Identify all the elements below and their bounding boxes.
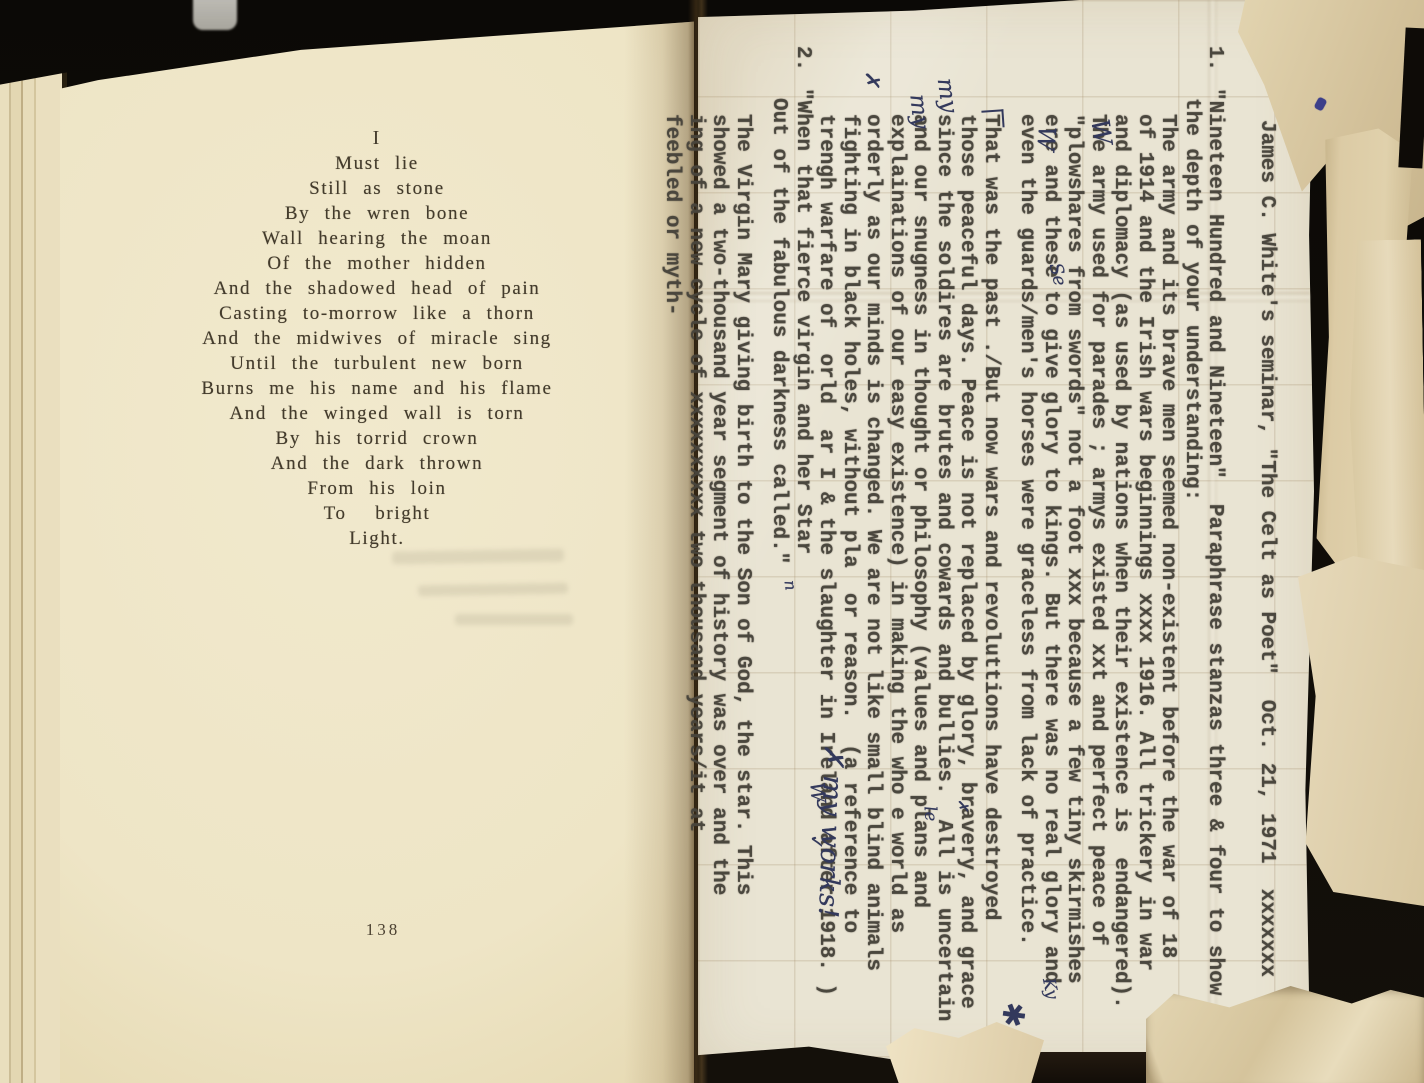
poem-line: Casting to-morrow like a thorn — [62, 301, 692, 326]
poem-line: And the winged wall is torn — [62, 401, 692, 426]
typed-line: of 1914 and the Irish wars beginnings xx… — [1133, 0, 1157, 1080]
typed-line: explainations of our easy existence) in … — [885, 0, 909, 1080]
list-number: 1. — [1203, 46, 1227, 71]
typed-line: James C. White's seminar, "The Celt as P… — [1255, 0, 1279, 1080]
poem-line: Burns me his name and his flame — [62, 376, 692, 401]
typed-line: and diplomacy (as used by nations when t… — [1109, 0, 1133, 1080]
poem-line: Until the turbulent new born — [62, 351, 692, 376]
poem-section-number: I — [62, 126, 692, 151]
typed-line: showed a two-thousand year segment of hi… — [707, 0, 731, 1080]
typed-line: feebled or myth- — [660, 0, 684, 1080]
handwritten-my-works: ✗ my works! — [812, 744, 849, 919]
poem-line: Must lie — [62, 151, 692, 176]
typed-line: those peaceful days. Peace is not replac… — [955, 0, 979, 1080]
poem-line: By his torrid crown — [62, 426, 692, 451]
ink-bleed-smudge — [455, 614, 573, 625]
ink-w-margin: W — [1085, 117, 1117, 146]
typed-line: the depth of your understanding: — [1180, 0, 1204, 1080]
typed-line: orderly as our minds is changed. We are … — [861, 0, 885, 1080]
ink-le-whole: le — [919, 805, 940, 822]
crumpled-paper-corner — [1146, 986, 1424, 1083]
poem-line: Light. — [62, 526, 692, 551]
poem-line: From his loin — [62, 476, 692, 501]
typed-line: 1."Nineteen Hundred and Nineteen" Paraph… — [1203, 0, 1227, 1080]
typed-line: The Virgin Mary giving birth to the Son … — [731, 0, 755, 1080]
typed-line: Out of the fabulous darkness called." — [767, 0, 791, 1080]
poem-line: And the midwives of miracle sing — [62, 326, 692, 351]
torn-paper-patch — [1298, 556, 1424, 906]
poem-lines: Must lieStill as stoneBy the wren boneWa… — [62, 151, 692, 551]
typed-line: even the guards/men's horses were gracel… — [1015, 0, 1039, 1080]
poem-line: By the wren bone — [62, 201, 692, 226]
typed-line: ere and these to give glory to kings. Bu… — [1039, 0, 1063, 1080]
page-number: 138 — [348, 920, 418, 940]
list-number: 2. — [791, 46, 815, 71]
typed-line: and our snugness in thought or philosoph… — [908, 0, 932, 1080]
typed-line: The army used for parades ; armys existe… — [1086, 0, 1110, 1080]
ink-ky: Ky — [1038, 976, 1062, 1001]
book-page-edges — [0, 58, 67, 1083]
typed-lines: James C. White's seminar, "The Celt as P… — [660, 0, 1278, 1080]
handwritten-my-1: my — [932, 76, 963, 114]
poem-block: I Must lieStill as stoneBy the wren bone… — [62, 0, 692, 551]
typed-text-rotated-layer: James C. White's seminar, "The Celt as P… — [698, 0, 1312, 1080]
ink-w-were: W — [1031, 125, 1061, 152]
poem-line: And the shadowed head of pain — [62, 276, 692, 301]
handwritten-my-2: my — [904, 93, 933, 130]
typed-line: "plowshares from swords" not a foot xxx … — [1062, 0, 1086, 1080]
typed-line: since the soldires are brutes and coward… — [932, 0, 956, 1080]
poem-line: And the dark thrown — [62, 451, 692, 476]
poem-line: Wall hearing the moan — [62, 226, 692, 251]
poem-line: To bright — [62, 501, 692, 526]
poem-line: Of the mother hidden — [62, 251, 692, 276]
poem-line: Still as stone — [62, 176, 692, 201]
typed-line: That was the past ./But now wars and rev… — [979, 0, 1003, 1080]
typed-line: 2."When that fierce virgin and her Star — [791, 0, 815, 1080]
typed-line: The army and its brave men seemed non-ex… — [1156, 0, 1180, 1080]
photograph-of-open-book: I Must lieStill as stoneBy the wren bone… — [0, 0, 1424, 1083]
ink-bracket — [981, 109, 1004, 128]
typed-line: ing of a new cycle of xxxxxxxxxx two tho… — [684, 0, 708, 1080]
